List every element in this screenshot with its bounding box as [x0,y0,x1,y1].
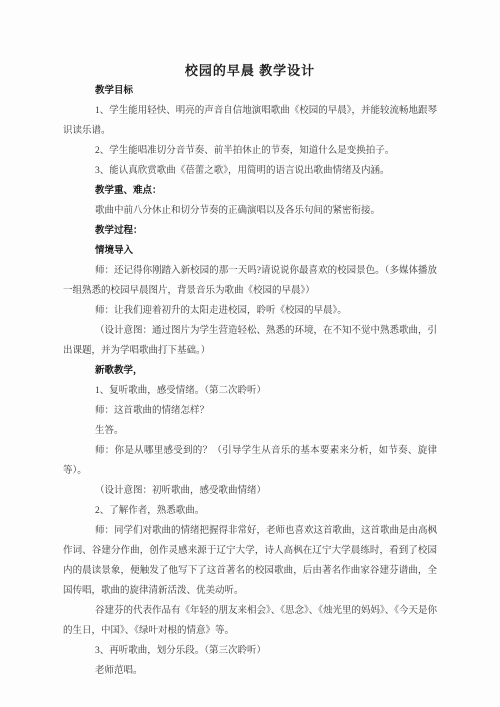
section-heading: 情境导入 [63,241,437,261]
document-title: 校园的早晨 教学设计 [63,61,437,81]
paragraph: 老师范唱。 [63,661,437,681]
paragraph: 歌曲中前八分休止和切分节奏的正确演唱以及各乐句间的紧密衔接。 [63,201,437,221]
paragraph: 师：还记得你刚踏入新校园的那一天吗?请说说你最喜欢的校园景色。（多媒体播放一组熟… [63,261,437,301]
paragraph: 3、再听歌曲，划分乐段。（第三次聆听） [63,641,437,661]
section-heading: 教学过程： [63,221,437,241]
paragraph: 1、学生能用轻快、明亮的声音自信地演唱歌曲《校园的早晨》，并能较流畅地跟琴识读乐… [63,101,437,141]
paragraph: 1、复听歌曲，感受情绪。（第二次聆听） [63,381,437,401]
document-page: 校园的早晨 教学设计 教学目标1、学生能用轻快、明亮的声音自信地演唱歌曲《校园的… [0,0,500,707]
paragraph: 师：这首歌曲的情绪怎样？ [63,401,437,421]
section-heading: 新歌教学， [63,361,437,381]
paragraph: 师：你是从哪里感受到的？（引导学生从音乐的基本要素来分析，如节奏、旋律等）。 [63,441,437,481]
paragraph: 2、学生能唱准切分音节奏、前半拍休止的节奏，知道什么是变换拍子。 [63,141,437,161]
paragraph: 2、了解作者，熟悉歌曲。 [63,501,437,521]
paragraph: 师：同学们对歌曲的情绪把握得非常好，老师也喜欢这首歌曲，这首歌曲是由高枫作词、谷… [63,521,437,601]
document-body: 教学目标1、学生能用轻快、明亮的声音自信地演唱歌曲《校园的早晨》，并能较流畅地跟… [63,81,437,681]
paragraph: （设计意图：初听歌曲，感受歌曲情绪） [63,481,437,501]
section-heading: 教学重、难点： [63,181,437,201]
paragraph: 3、能认真欣赏歌曲《蓓蕾之歌》，用简明的语言说出歌曲情绪及内涵。 [63,161,437,181]
section-heading: 教学目标 [63,81,437,101]
paragraph: （设计意图：通过图片为学生营造轻松、熟悉的环境，在不知不觉中熟悉歌曲，引出课题，… [63,321,437,361]
paragraph: 师：让我们迎着初升的太阳走进校园，聆听《校园的早晨》。 [63,301,437,321]
paragraph: 生答。 [63,421,437,441]
paragraph: 谷建芬的代表作品有《年轻的朋友来相会》、《思念》、《烛光里的妈妈》、《今天是你的… [63,601,437,641]
